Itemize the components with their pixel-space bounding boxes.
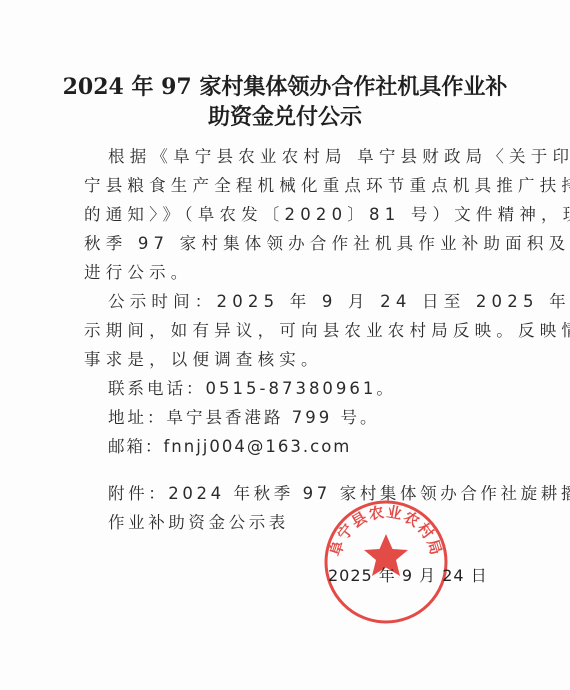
attachment-line-1: 附件：2024 年秋季 97 家村集体领办合作社旋耕播种机 xyxy=(108,483,518,505)
document-page: 2024 年 97 家村集体领办合作社机具作业补 助资金兑付公示 根据《阜宁县农… xyxy=(0,0,570,690)
contact-address: 地址：阜宁县香港路 799 号。 xyxy=(108,407,518,429)
paragraph2-line-1: 公示时间：2025 年 9 月 24 日至 2025 年 9 月 29 日。公 xyxy=(108,291,518,313)
document-title-line-1: 2024 年 97 家村集体领办合作社机具作业补 xyxy=(60,70,510,101)
paragraph2-line-3: 事求是，以便调查核实。 xyxy=(84,349,494,371)
attachment-line-2: 作业补助资金公示表 xyxy=(108,512,518,534)
paragraph1-line-3: 的通知〉》（阜农发〔2020〕81 号）文件精神，现就 2024 年 xyxy=(84,204,494,226)
document-title-line-2: 助资金兑付公示 xyxy=(60,100,510,131)
contact-email: 邮箱：fnnjj004@163.com xyxy=(108,436,518,458)
paragraph1-line-5: 进行公示。 xyxy=(84,262,494,284)
paragraph1-line-1: 根据《阜宁县农业农村局 阜宁县财政局〈关于印发阜 xyxy=(108,146,518,168)
official-seal: 阜宁县农业农村局 xyxy=(322,498,450,626)
document-date: 2025 年 9 月 24 日 xyxy=(328,566,488,586)
paragraph1-line-2: 宁县粮食生产全程机械化重点环节重点机具推广扶持方案 xyxy=(84,175,494,197)
paragraph2-line-2: 示期间，如有异议，可向县农业农村局反映。反映情况要实 xyxy=(84,320,494,342)
contact-phone: 联系电话：0515-87380961。 xyxy=(108,378,518,400)
paragraph1-line-4: 秋季 97 家村集体领办合作社机具作业补助面积及补助资金 xyxy=(84,233,494,255)
